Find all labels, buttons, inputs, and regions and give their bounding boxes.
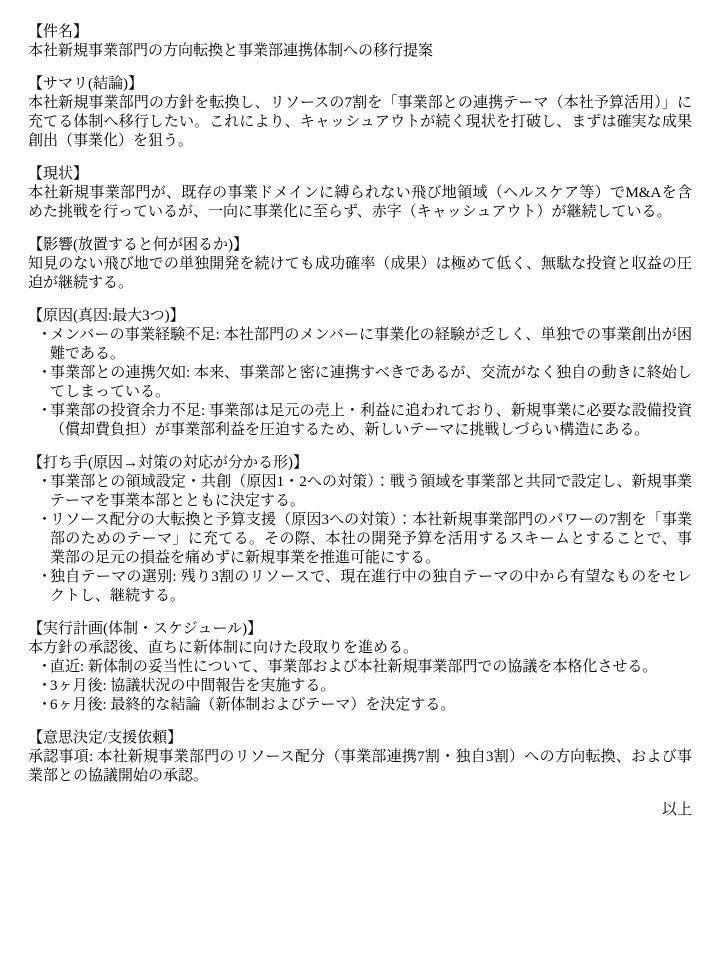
bullet-item: ・独自テーマの選別: 残り3割のリソースで、現在進行中の独自テーマの中から有望な…	[28, 568, 692, 606]
paragraph: 本社新規事業部門が、既存の事業ドメインに縛られない飛び地領域（ヘルスケア等）でM…	[28, 184, 692, 222]
bullet-item: ・事業部との領域設定・共創（原因1・2への対策）：戦う領域を事業部と共同で設定し…	[28, 473, 692, 511]
bullet-item: ・メンバーの事業経験不足: 本社部門のメンバーに事業化の経験が乏しく、単独での事…	[28, 326, 692, 364]
section-heading: 【原因(真因:最大3つ)】	[28, 307, 692, 326]
closing-mark: 以上	[28, 801, 692, 820]
bullet-text: メンバーの事業経験不足: 本社部門のメンバーに事業化の経験が乏しく、単独での事業…	[50, 326, 692, 364]
bullet-text: 3ヶ月後: 協議状況の中間報告を実施する。	[50, 677, 692, 696]
bullet-text: リソース配分の大転換と予算支援（原因3への対策）：本社新規事業部門のパワーの7割…	[50, 511, 692, 568]
document-section: 【意思決定/支援依頼】承認事項: 本社新規事業部門のリソース配分（事業部連携7割…	[28, 729, 692, 786]
bullet-text: 独自テーマの選別: 残り3割のリソースで、現在進行中の独自テーマの中から有望なも…	[50, 568, 692, 606]
paragraph: 承認事項: 本社新規事業部門のリソース配分（事業部連携7割・独自3割）への方向転…	[28, 748, 692, 786]
document-section: 【サマリ(結論)】本社新規事業部門の方針を転換し、リソースの7割を「事業部との連…	[28, 75, 692, 151]
paragraph: 知見のない飛び地での単独開発を続けても成功確率（成果）は極めて低く、無駄な投資と…	[28, 255, 692, 293]
document-section: 【影響(放置すると何が困るか)】知見のない飛び地での単独開発を続けても成功確率（…	[28, 236, 692, 293]
paragraph: 本方針の承認後、直ちに新体制に向けた段取りを進める。	[28, 639, 692, 658]
bullet-dot-icon: ・	[37, 696, 50, 715]
section-heading: 【影響(放置すると何が困るか)】	[28, 236, 692, 255]
bullet-text: 直近: 新体制の妥当性について、事業部および本社新規事業部門での協議を本格化させ…	[50, 658, 692, 677]
document-sections: 【件名】本社新規事業部門の方向転換と事業部連携体制への移行提案【サマリ(結論)】…	[28, 23, 692, 786]
bullet-item: ・直近: 新体制の妥当性について、事業部および本社新規事業部門での協議を本格化さ…	[28, 658, 692, 677]
section-heading: 【サマリ(結論)】	[28, 75, 692, 94]
document-section: 【原因(真因:最大3つ)】・メンバーの事業経験不足: 本社部門のメンバーに事業化…	[28, 307, 692, 440]
bullet-dot-icon: ・	[37, 568, 50, 606]
bullet-item: ・6ヶ月後: 最終的な結論（新体制およびテーマ）を決定する。	[28, 696, 692, 715]
paragraph: 本社新規事業部門の方向転換と事業部連携体制への移行提案	[28, 42, 692, 61]
bullet-text: 事業部との連携欠如: 本来、事業部と密に連携すべきであるが、交流がなく独自の動き…	[50, 364, 692, 402]
paragraph: 本社新規事業部門の方針を転換し、リソースの7割を「事業部との連携テーマ（本社予算…	[28, 94, 692, 151]
document-section: 【打ち手(原因→対策の対応が分かる形)】・事業部との領域設定・共創（原因1・2へ…	[28, 454, 692, 606]
bullet-dot-icon: ・	[37, 658, 50, 677]
section-heading: 【実行計画(体制・スケジュール)】	[28, 620, 692, 639]
bullet-dot-icon: ・	[37, 402, 50, 440]
section-heading: 【現状】	[28, 165, 692, 184]
document-section: 【実行計画(体制・スケジュール)】本方針の承認後、直ちに新体制に向けた段取りを進…	[28, 620, 692, 715]
bullet-item: ・事業部との連携欠如: 本来、事業部と密に連携すべきであるが、交流がなく独自の動…	[28, 364, 692, 402]
document-section: 【現状】本社新規事業部門が、既存の事業ドメインに縛られない飛び地領域（ヘルスケア…	[28, 165, 692, 222]
section-heading: 【意思決定/支援依頼】	[28, 729, 692, 748]
bullet-text: 事業部との領域設定・共創（原因1・2への対策）：戦う領域を事業部と共同で設定し、…	[50, 473, 692, 511]
document-page: 【件名】本社新規事業部門の方向転換と事業部連携体制への移行提案【サマリ(結論)】…	[0, 0, 720, 960]
bullet-text: 6ヶ月後: 最終的な結論（新体制およびテーマ）を決定する。	[50, 696, 692, 715]
bullet-dot-icon: ・	[37, 511, 50, 568]
bullet-text: 事業部の投資余力不足: 事業部は足元の売上・利益に追われており、新規事業に必要な…	[50, 402, 692, 440]
section-heading: 【件名】	[28, 23, 692, 42]
bullet-item: ・3ヶ月後: 協議状況の中間報告を実施する。	[28, 677, 692, 696]
bullet-dot-icon: ・	[37, 326, 50, 364]
document-section: 【件名】本社新規事業部門の方向転換と事業部連携体制への移行提案	[28, 23, 692, 61]
bullet-item: ・リソース配分の大転換と予算支援（原因3への対策）：本社新規事業部門のパワーの7…	[28, 511, 692, 568]
bullet-dot-icon: ・	[37, 364, 50, 402]
bullet-dot-icon: ・	[37, 473, 50, 511]
bullet-item: ・事業部の投資余力不足: 事業部は足元の売上・利益に追われており、新規事業に必要…	[28, 402, 692, 440]
bullet-dot-icon: ・	[37, 677, 50, 696]
section-heading: 【打ち手(原因→対策の対応が分かる形)】	[28, 454, 692, 473]
